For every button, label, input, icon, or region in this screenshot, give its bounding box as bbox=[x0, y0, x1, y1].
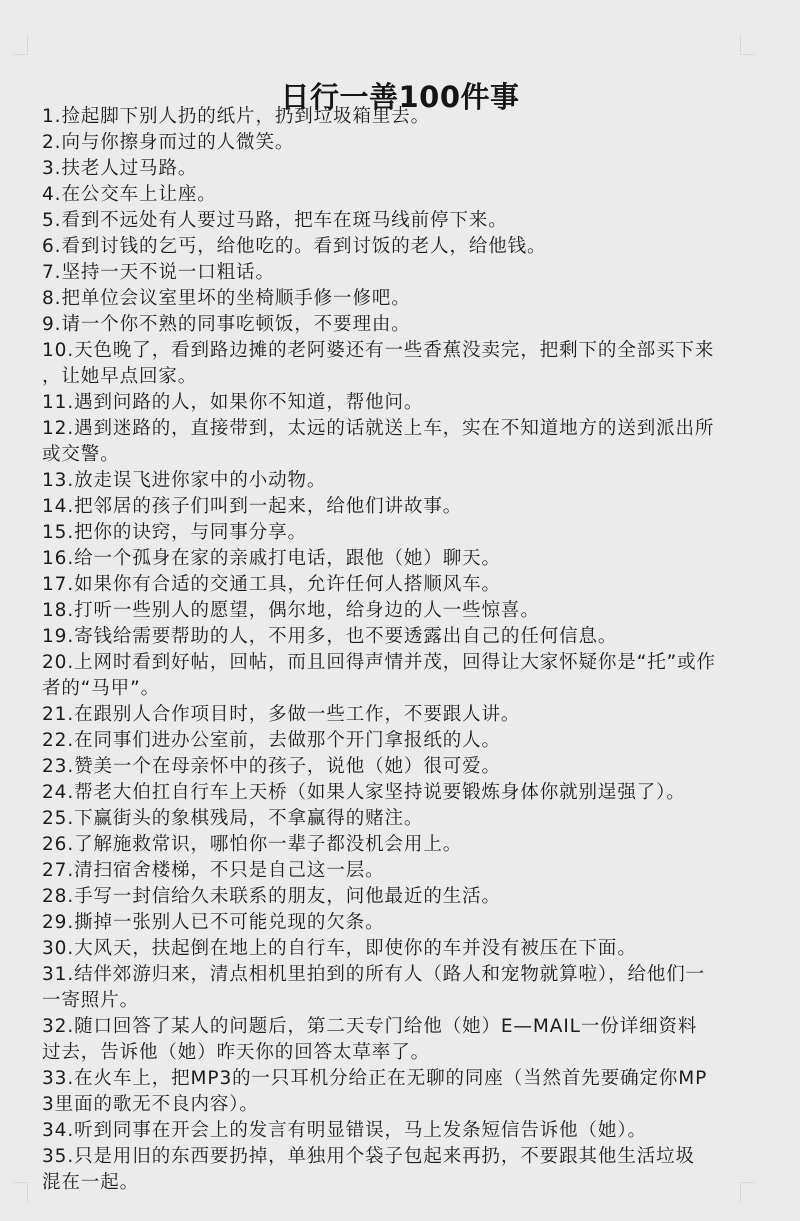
list-item: 35.只是用旧的东西要扔掉，单独用个袋子包起来再扔，不要跟其他生活垃圾混在一起。 bbox=[42, 1144, 742, 1196]
list-item: 32.随口回答了某人的问题后，第二天专门给他（她）E—MAIL一份详细资料过去，… bbox=[42, 1014, 742, 1066]
list-item-text-line: 23.赞美一个在母亲怀中的孩子，说他（她）很可爱。 bbox=[42, 754, 742, 780]
list-item-text-line: 过去，告诉他（她）昨天你的回答太草率了。 bbox=[42, 1040, 742, 1066]
list-item-text-line: 29.撕掉一张别人已不可能兑现的欠条。 bbox=[42, 910, 742, 936]
list-item-text-line: 1.捡起脚下别人扔的纸片，扔到垃圾箱里去。 bbox=[42, 104, 742, 130]
list-item: 13.放走误飞进你家中的小动物。 bbox=[42, 468, 742, 494]
list-item: 20.上网时看到好帖，回帖，而且回得声情并茂，回得让大家怀疑你是“托”或作者的“… bbox=[42, 650, 742, 702]
list-item: 8.把单位会议室里坏的坐椅顺手修一修吧。 bbox=[42, 286, 742, 312]
list-item: 17.如果你有合适的交通工具，允许任何人搭顺风车。 bbox=[42, 572, 742, 598]
list-item-text-line: 28.手写一封信给久未联系的朋友，问他最近的生活。 bbox=[42, 884, 742, 910]
list-item: 18.打听一些别人的愿望，偶尔地，给身边的人一些惊喜。 bbox=[42, 598, 742, 624]
list-item-text-line: 25.下赢街头的象棋残局，不拿赢得的赌注。 bbox=[42, 806, 742, 832]
list-item-text-line: 32.随口回答了某人的问题后，第二天专门给他（她）E—MAIL一份详细资料 bbox=[42, 1014, 742, 1040]
list-item: 30.大风天，扶起倒在地上的自行车，即使你的车并没有被压在下面。 bbox=[42, 936, 742, 962]
list-item: 21.在跟别人合作项目时，多做一些工作，不要跟人讲。 bbox=[42, 702, 742, 728]
list-item-text-line: 3.扶老人过马路。 bbox=[42, 156, 742, 182]
list-item: 5.看到不远处有人要过马路，把车在斑马线前停下来。 bbox=[42, 208, 742, 234]
list-item: 28.手写一封信给久未联系的朋友，问他最近的生活。 bbox=[42, 884, 742, 910]
list-item-text-line: 9.请一个你不熟的同事吃顿饭，不要理由。 bbox=[42, 312, 742, 338]
crop-mark-bottom-left bbox=[13, 1182, 28, 1203]
list-item: 11.遇到问路的人，如果你不知道，帮他问。 bbox=[42, 390, 742, 416]
list-item-text-line: 33.在火车上，把MP3的一只耳机分给正在无聊的同座（当然首先要确定你MP bbox=[42, 1066, 742, 1092]
list-item: 23.赞美一个在母亲怀中的孩子，说他（她）很可爱。 bbox=[42, 754, 742, 780]
list-item-text-line: 2.向与你擦身而过的人微笑。 bbox=[42, 130, 742, 156]
list-item: 10.天色晚了，看到路边摊的老阿婆还有一些香蕉没卖完，把剩下的全部买下来，让她早… bbox=[42, 338, 742, 390]
list-item-text-line: 4.在公交车上让座。 bbox=[42, 182, 742, 208]
list-item: 2.向与你擦身而过的人微笑。 bbox=[42, 130, 742, 156]
list-item-text-line: 3里面的歌无不良内容）。 bbox=[42, 1092, 742, 1118]
list-item-text-line: 16.给一个孤身在家的亲戚打电话，跟他（她）聊天。 bbox=[42, 546, 742, 572]
list-item-text-line: 17.如果你有合适的交通工具，允许任何人搭顺风车。 bbox=[42, 572, 742, 598]
list-item: 26.了解施救常识，哪怕你一辈子都没机会用上。 bbox=[42, 832, 742, 858]
list-item-text-line: ，让她早点回家。 bbox=[42, 364, 742, 390]
list-item: 1.捡起脚下别人扔的纸片，扔到垃圾箱里去。 bbox=[42, 104, 742, 130]
list-item: 27.清扫宿舍楼梯，不只是自己这一层。 bbox=[42, 858, 742, 884]
list-item-text-line: 18.打听一些别人的愿望，偶尔地，给身边的人一些惊喜。 bbox=[42, 598, 742, 624]
list-item-text-line: 10.天色晚了，看到路边摊的老阿婆还有一些香蕉没卖完，把剩下的全部买下来 bbox=[42, 338, 742, 364]
list-item-text-line: 27.清扫宿舍楼梯，不只是自己这一层。 bbox=[42, 858, 742, 884]
list-item-text-line: 者的“马甲”。 bbox=[42, 676, 742, 702]
list-item-text-line: 15.把你的诀窍，与同事分享。 bbox=[42, 520, 742, 546]
list-item-text-line: 6.看到讨钱的乞丐，给他吃的。看到讨饭的老人，给他钱。 bbox=[42, 234, 742, 260]
list-item-text-line: 7.坚持一天不说一口粗话。 bbox=[42, 260, 742, 286]
list-item: 3.扶老人过马路。 bbox=[42, 156, 742, 182]
list-item-text-line: 26.了解施救常识，哪怕你一辈子都没机会用上。 bbox=[42, 832, 742, 858]
list-item-text-line: 31.结伴郊游归来，清点相机里拍到的所有人（路人和宠物就算啦），给他们一 bbox=[42, 962, 742, 988]
crop-mark-top-right bbox=[740, 34, 755, 55]
list-item-text-line: 一寄照片。 bbox=[42, 988, 742, 1014]
list-item: 25.下赢街头的象棋残局，不拿赢得的赌注。 bbox=[42, 806, 742, 832]
list-item-text-line: 20.上网时看到好帖，回帖，而且回得声情并茂，回得让大家怀疑你是“托”或作 bbox=[42, 650, 742, 676]
list-item: 22.在同事们进办公室前，去做那个开门拿报纸的人。 bbox=[42, 728, 742, 754]
list-item-text-line: 12.遇到迷路的，直接带到，太远的话就送上车，实在不知道地方的送到派出所 bbox=[42, 416, 742, 442]
list-item: 34.听到同事在开会上的发言有明显错误，马上发条短信告诉他（她）。 bbox=[42, 1118, 742, 1144]
list-item-text-line: 22.在同事们进办公室前，去做那个开门拿报纸的人。 bbox=[42, 728, 742, 754]
list-item: 4.在公交车上让座。 bbox=[42, 182, 742, 208]
list-item: 29.撕掉一张别人已不可能兑现的欠条。 bbox=[42, 910, 742, 936]
list-item: 6.看到讨钱的乞丐，给他吃的。看到讨饭的老人，给他钱。 bbox=[42, 234, 742, 260]
list-item: 24.帮老大伯扛自行车上天桥（如果人家坚持说要锻炼身体你就别逞强了）。 bbox=[42, 780, 742, 806]
list-item-text-line: 或交警。 bbox=[42, 442, 742, 468]
list-item-text-line: 13.放走误飞进你家中的小动物。 bbox=[42, 468, 742, 494]
list-item-text-line: 8.把单位会议室里坏的坐椅顺手修一修吧。 bbox=[42, 286, 742, 312]
crop-mark-bottom-right bbox=[740, 1182, 755, 1203]
list-item-text-line: 5.看到不远处有人要过马路，把车在斑马线前停下来。 bbox=[42, 208, 742, 234]
list-item: 33.在火车上，把MP3的一只耳机分给正在无聊的同座（当然首先要确定你MP3里面… bbox=[42, 1066, 742, 1118]
list-item: 31.结伴郊游归来，清点相机里拍到的所有人（路人和宠物就算啦），给他们一一寄照片… bbox=[42, 962, 742, 1014]
list-item-text-line: 35.只是用旧的东西要扔掉，单独用个袋子包起来再扔，不要跟其他生活垃圾 bbox=[42, 1144, 742, 1170]
crop-mark-top-left bbox=[13, 34, 28, 55]
list-item-text-line: 21.在跟别人合作项目时，多做一些工作，不要跟人讲。 bbox=[42, 702, 742, 728]
list-item-text-line: 19.寄钱给需要帮助的人，不用多，也不要透露出自己的任何信息。 bbox=[42, 624, 742, 650]
list-item: 16.给一个孤身在家的亲戚打电话，跟他（她）聊天。 bbox=[42, 546, 742, 572]
list-item-text-line: 14.把邻居的孩子们叫到一起来，给他们讲故事。 bbox=[42, 494, 742, 520]
list-item-text-line: 11.遇到问路的人，如果你不知道，帮他问。 bbox=[42, 390, 742, 416]
list-item: 9.请一个你不熟的同事吃顿饭，不要理由。 bbox=[42, 312, 742, 338]
good-deeds-list: 1.捡起脚下别人扔的纸片，扔到垃圾箱里去。2.向与你擦身而过的人微笑。3.扶老人… bbox=[42, 104, 742, 1196]
list-item: 12.遇到迷路的，直接带到，太远的话就送上车，实在不知道地方的送到派出所或交警。 bbox=[42, 416, 742, 468]
list-item: 14.把邻居的孩子们叫到一起来，给他们讲故事。 bbox=[42, 494, 742, 520]
list-item: 7.坚持一天不说一口粗话。 bbox=[42, 260, 742, 286]
list-item-text-line: 30.大风天，扶起倒在地上的自行车，即使你的车并没有被压在下面。 bbox=[42, 936, 742, 962]
list-item: 19.寄钱给需要帮助的人，不用多，也不要透露出自己的任何信息。 bbox=[42, 624, 742, 650]
list-item: 15.把你的诀窍，与同事分享。 bbox=[42, 520, 742, 546]
list-item-text-line: 混在一起。 bbox=[42, 1170, 742, 1196]
list-item-text-line: 24.帮老大伯扛自行车上天桥（如果人家坚持说要锻炼身体你就别逞强了）。 bbox=[42, 780, 742, 806]
list-item-text-line: 34.听到同事在开会上的发言有明显错误，马上发条短信告诉他（她）。 bbox=[42, 1118, 742, 1144]
